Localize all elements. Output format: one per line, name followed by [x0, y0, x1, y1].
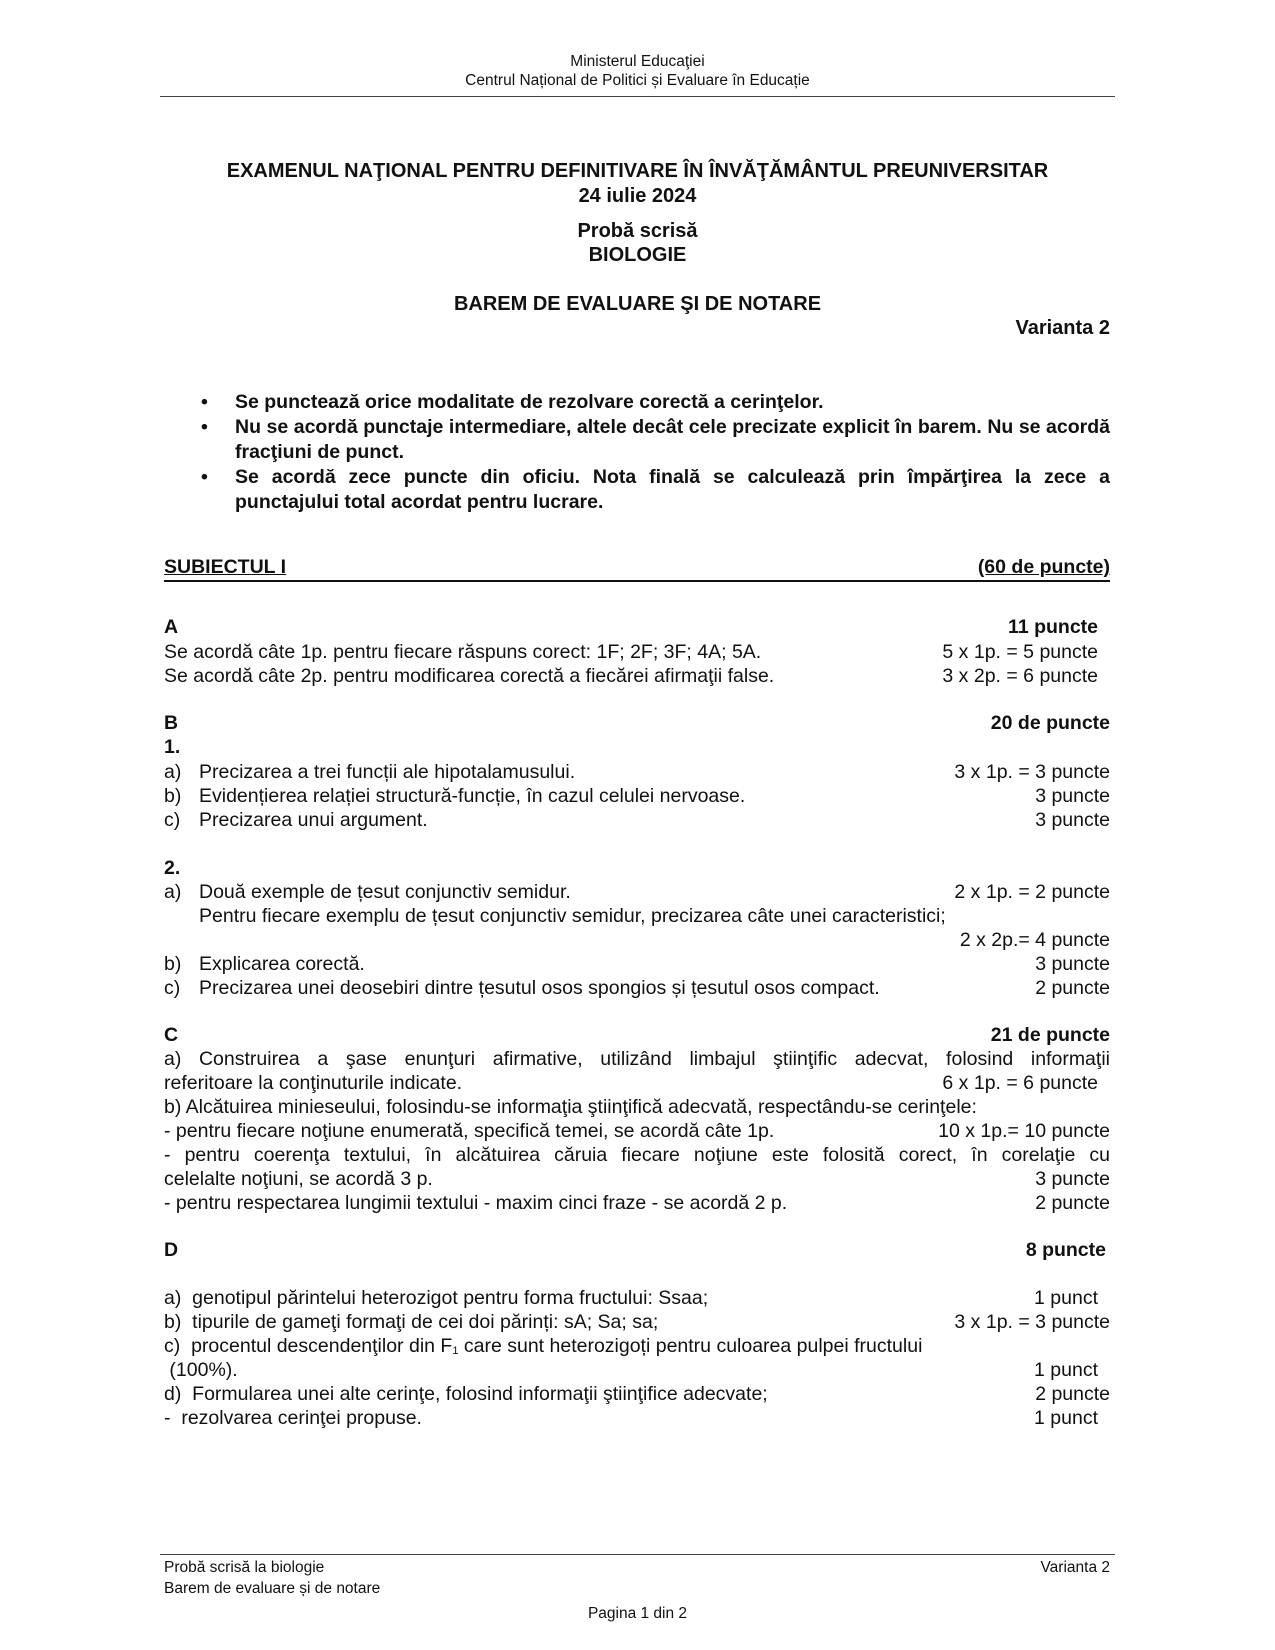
- footer-variant: Varianta 2: [1040, 1557, 1110, 1578]
- bullet-icon: •: [201, 465, 208, 490]
- footer-doc-name: Barem de evaluare și de notare: [164, 1578, 380, 1599]
- doc-type: BAREM DE EVALUARE ŞI DE NOTARE: [160, 292, 1115, 317]
- rule-item: • Nu se acordă punctaje intermediare, al…: [201, 415, 1110, 465]
- variant-label: Varianta 2: [1015, 317, 1110, 340]
- exam-title: EXAMENUL NAŢIONAL PENTRU DEFINITIVARE ÎN…: [160, 159, 1115, 184]
- test-type: Probă scrisă: [160, 219, 1115, 244]
- exam-date: 24 iulie 2024: [160, 184, 1115, 209]
- section-c-a-text: a) Construirea a şase enunţuri afirmativ…: [164, 1047, 1110, 1072]
- header-ministry: Ministerul Educaţiei: [160, 52, 1115, 71]
- header-divider: [160, 96, 1115, 97]
- subject-name: BIOLOGIE: [160, 243, 1115, 268]
- footer-test-name: Probă scrisă la biologie: [164, 1557, 324, 1578]
- page-number: Pagina 1 din 2: [160, 1603, 1115, 1624]
- header-center: Centrul Național de Politici și Evaluare…: [160, 71, 1115, 90]
- rule-item: • Se acordă zece puncte din oficiu. Nota…: [201, 465, 1110, 515]
- rule-item: • Se punctează orice modalitate de rezol…: [201, 390, 1110, 415]
- subject-underline: [164, 580, 1110, 582]
- bullet-icon: •: [201, 415, 208, 440]
- footer-divider: [160, 1554, 1115, 1555]
- bullet-icon: •: [201, 390, 208, 415]
- section-c-b2-text: - pentru coerenţa textului, în alcătuire…: [164, 1143, 1110, 1168]
